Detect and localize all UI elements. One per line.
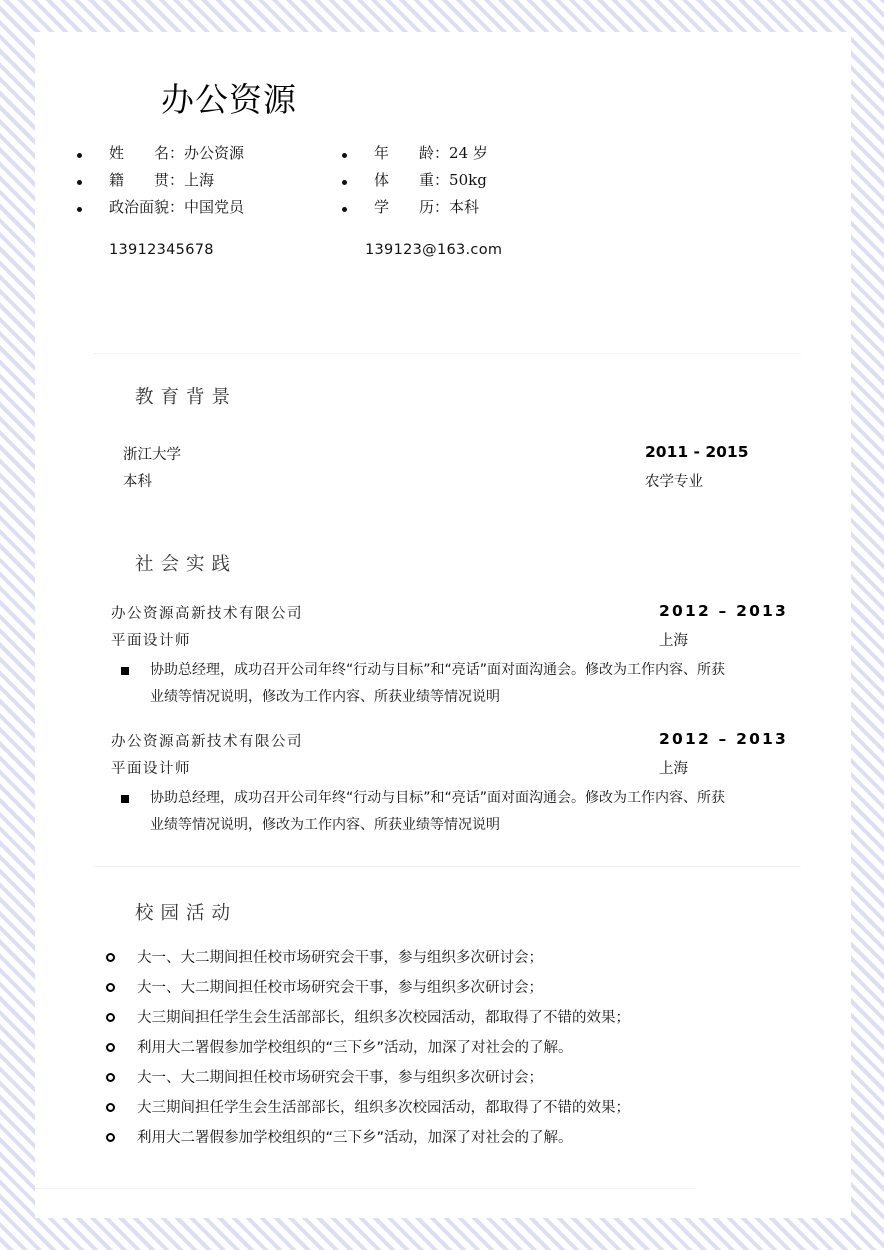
info-value: 办公资源 <box>184 144 244 162</box>
practice-position: 平面设计师 <box>111 629 191 650</box>
ring-bullet-icon <box>106 1133 115 1142</box>
practice-period: 2012 – 2013 <box>659 602 788 620</box>
info-label: 体 重 <box>374 171 434 189</box>
section-divider <box>35 1188 695 1189</box>
education-period: 2011 - 2015 <box>645 443 749 461</box>
section-title-campus: 校园活动 <box>135 899 237 925</box>
practice-description: 协助总经理，成功召开公司年终“行动与目标”和“亮话”面对面沟通会。修改为工作内容… <box>150 785 730 839</box>
section-divider <box>93 866 801 867</box>
info-sep: ： <box>169 144 184 162</box>
bullet-icon <box>77 153 82 158</box>
ring-bullet-icon <box>106 1073 115 1082</box>
info-value: 本科 <box>449 198 479 216</box>
bullet-icon <box>342 180 347 185</box>
campus-activity-item: 利用大二署假参加学校组织的“三下乡”活动，加深了对社会的了解。 <box>137 1036 573 1057</box>
education-major: 农学专业 <box>645 470 703 491</box>
contact-phone: 13912345678 <box>109 242 214 258</box>
section-title-education: 教育背景 <box>135 383 237 409</box>
practice-description: 协助总经理，成功召开公司年终“行动与目标”和“亮话”面对面沟通会。修改为工作内容… <box>150 657 730 711</box>
info-age: 年 龄：24 岁 <box>374 142 488 163</box>
info-sep: ： <box>169 198 184 216</box>
info-value: 24 岁 <box>449 144 488 162</box>
practice-location: 上海 <box>659 629 688 650</box>
section-title-practice: 社会实践 <box>135 550 237 576</box>
info-sep: ： <box>434 171 449 189</box>
ring-bullet-icon <box>106 1013 115 1022</box>
practice-company: 办公资源高新技术有限公司 <box>111 602 303 623</box>
resume-page: 办公资源 姓 名：办公资源 籍 贯：上海 政治面貌：中国党员 年 龄：24 岁 … <box>35 32 851 1218</box>
info-value: 中国党员 <box>184 198 244 216</box>
info-sep: ： <box>434 144 449 162</box>
bullet-icon <box>342 153 347 158</box>
education-school: 浙江大学 <box>123 443 181 464</box>
practice-position: 平面设计师 <box>111 757 191 778</box>
info-label: 姓 名 <box>109 144 169 162</box>
info-origin: 籍 贯：上海 <box>109 169 214 190</box>
info-label: 政治面貌 <box>109 198 169 216</box>
info-value: 50kg <box>449 171 487 189</box>
campus-activity-item: 大一、大二期间担任校市场研究会干事，参与组织多次研讨会； <box>137 1066 543 1087</box>
practice-location: 上海 <box>659 757 688 778</box>
ring-bullet-icon <box>106 953 115 962</box>
practice-company: 办公资源高新技术有限公司 <box>111 730 303 751</box>
campus-activity-item: 大三期间担任学生会生活部部长，组织多次校园活动，都取得了不错的效果； <box>137 1096 630 1117</box>
contact-email: 139123@163.com <box>365 242 502 258</box>
info-weight: 体 重：50kg <box>374 169 487 190</box>
info-label: 学 历 <box>374 198 434 216</box>
info-name: 姓 名：办公资源 <box>109 142 244 163</box>
info-sep: ： <box>169 171 184 189</box>
campus-activity-item: 大一、大二期间担任校市场研究会干事，参与组织多次研讨会； <box>137 946 543 967</box>
bullet-icon <box>77 207 82 212</box>
info-value: 上海 <box>184 171 214 189</box>
section-divider <box>93 353 801 354</box>
resume-name-title: 办公资源 <box>161 74 297 121</box>
info-label: 年 龄 <box>374 144 434 162</box>
campus-activity-item: 大三期间担任学生会生活部部长，组织多次校园活动，都取得了不错的效果； <box>137 1006 630 1027</box>
info-education-level: 学 历：本科 <box>374 196 479 217</box>
square-bullet-icon <box>121 795 129 803</box>
ring-bullet-icon <box>106 983 115 992</box>
info-political: 政治面貌：中国党员 <box>109 196 244 217</box>
bullet-icon <box>342 207 347 212</box>
campus-activity-item: 利用大二署假参加学校组织的“三下乡”活动，加深了对社会的了解。 <box>137 1126 573 1147</box>
campus-activity-item: 大一、大二期间担任校市场研究会干事，参与组织多次研讨会； <box>137 976 543 997</box>
ring-bullet-icon <box>106 1043 115 1052</box>
square-bullet-icon <box>121 667 129 675</box>
ring-bullet-icon <box>106 1103 115 1112</box>
info-sep: ： <box>434 198 449 216</box>
bullet-icon <box>77 180 82 185</box>
education-degree: 本科 <box>123 470 152 491</box>
practice-period: 2012 – 2013 <box>659 730 788 748</box>
info-label: 籍 贯 <box>109 171 169 189</box>
